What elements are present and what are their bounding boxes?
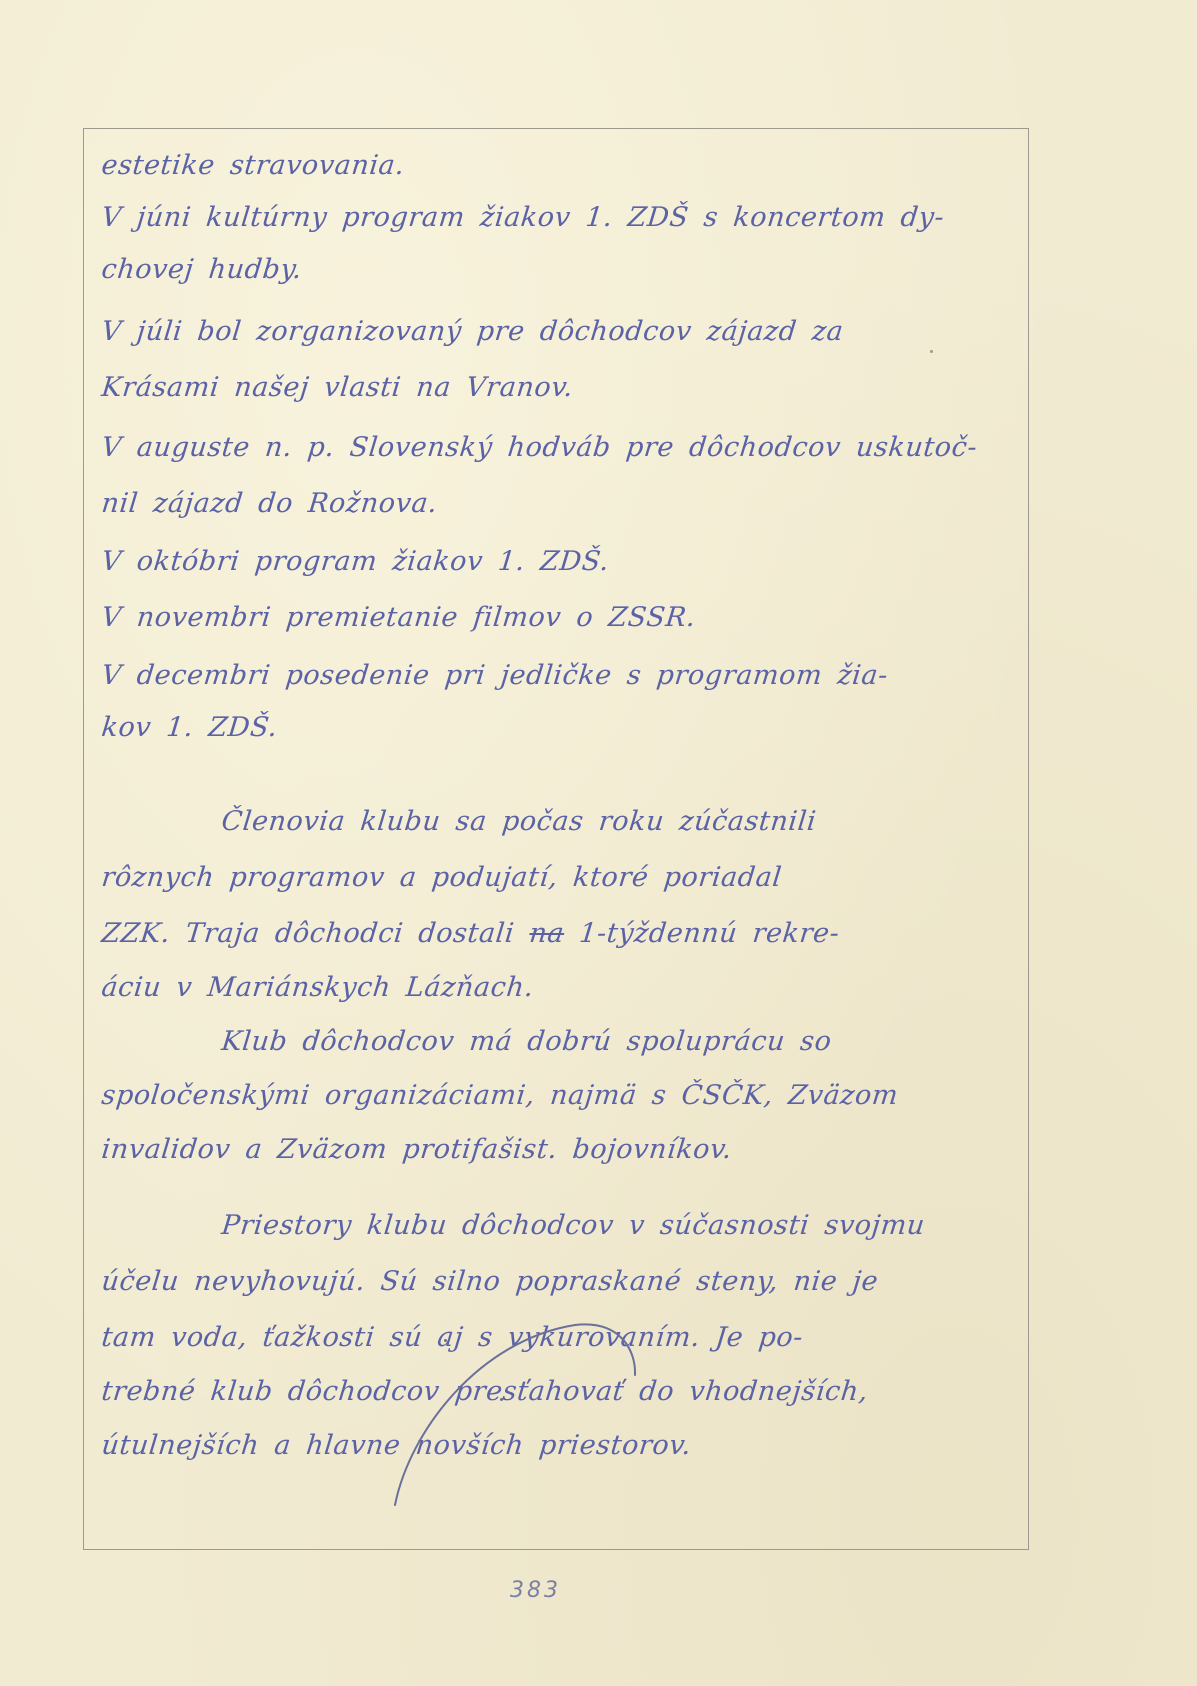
line-text: chovej hudby. (100, 254, 304, 285)
line-text: estetike stravovania. (100, 150, 406, 181)
text-line: V auguste n. p. Slovenský hodváb pre dôc… (100, 432, 979, 463)
struck-out-word: na (528, 918, 566, 949)
text-line: spoločenskými organizáciami, najmä s ČSČ… (100, 1080, 900, 1111)
line-text: účelu nevyhovujú. Sú silno popraskané st… (100, 1266, 880, 1297)
ink-speck (444, 1339, 447, 1342)
text-line: estetike stravovania. (100, 150, 406, 181)
paragraph-start-line: Členovia klubu sa počas roku zúčastnili (100, 806, 818, 837)
line-text: V júli bol zorganizovaný pre dôchodcov z… (100, 316, 845, 347)
text-line: rôznych programov a podujatí, ktoré pori… (100, 862, 783, 893)
text-line: invalidov a Zväzom protifašist. bojovník… (100, 1134, 734, 1165)
line-text: spoločenskými organizáciami, najmä s ČSČ… (100, 1080, 900, 1111)
line-text: invalidov a Zväzom protifašist. bojovník… (100, 1134, 734, 1165)
text-line: V októbri program žiakov 1. ZDŠ. (100, 546, 611, 577)
paragraph-start-line: Klub dôchodcov má dobrú spoluprácu so (100, 1026, 833, 1057)
text-line: kov 1. ZDŠ. (100, 712, 279, 743)
paragraph-start-line: Priestory klubu dôchodcov v súčasnosti s… (100, 1210, 927, 1241)
line-text: rôznych programov a podujatí, ktoré pori… (100, 862, 783, 893)
text-line: V novembri premietanie filmov o ZSSR. (100, 602, 697, 633)
text-line: Krásami našej vlasti na Vranov. (100, 372, 575, 403)
pen-stroke-signature-flourish (380, 1310, 640, 1520)
line-text: V júni kultúrny program žiakov 1. ZDŠ s … (100, 202, 946, 233)
text-line: áciu v Mariánskych Lázňach. (100, 972, 535, 1003)
line-text: kov 1. ZDŠ. (100, 712, 279, 743)
text-line: nil zájazd do Rožnova. (100, 488, 439, 519)
ink-speck (500, 1398, 503, 1401)
line-text: V decembri posedenie pri jedličke s prog… (100, 660, 890, 691)
text-line: chovej hudby. (100, 254, 304, 285)
line-text: nil zájazd do Rožnova. (100, 488, 439, 519)
text-line: V júli bol zorganizovaný pre dôchodcov z… (100, 316, 845, 347)
text-line: V júni kultúrny program žiakov 1. ZDŠ s … (100, 202, 946, 233)
text-line: účelu nevyhovujú. Sú silno popraskané st… (100, 1266, 880, 1297)
page-number: 383 (510, 1578, 561, 1603)
text-line: V decembri posedenie pri jedličke s prog… (100, 660, 890, 691)
line-text: Klub dôchodcov má dobrú spoluprácu so (220, 1026, 833, 1057)
line-text: ZZK. Traja dôchodci dostali (100, 918, 516, 949)
line-text: V auguste n. p. Slovenský hodváb pre dôc… (100, 432, 979, 463)
ink-speck (930, 350, 933, 353)
line-text: áciu v Mariánskych Lázňach. (100, 972, 535, 1003)
line-text: Priestory klubu dôchodcov v súčasnosti s… (220, 1210, 927, 1241)
text-line: ZZK. Traja dôchodci dostali na 1-týždenn… (100, 918, 841, 949)
line-text: V novembri premietanie filmov o ZSSR. (100, 602, 697, 633)
line-text-continued: 1-týždennú rekre- (563, 918, 842, 949)
line-text: Členovia klubu sa počas roku zúčastnili (220, 806, 818, 837)
line-text: V októbri program žiakov 1. ZDŠ. (100, 546, 611, 577)
line-text: Krásami našej vlasti na Vranov. (100, 372, 575, 403)
